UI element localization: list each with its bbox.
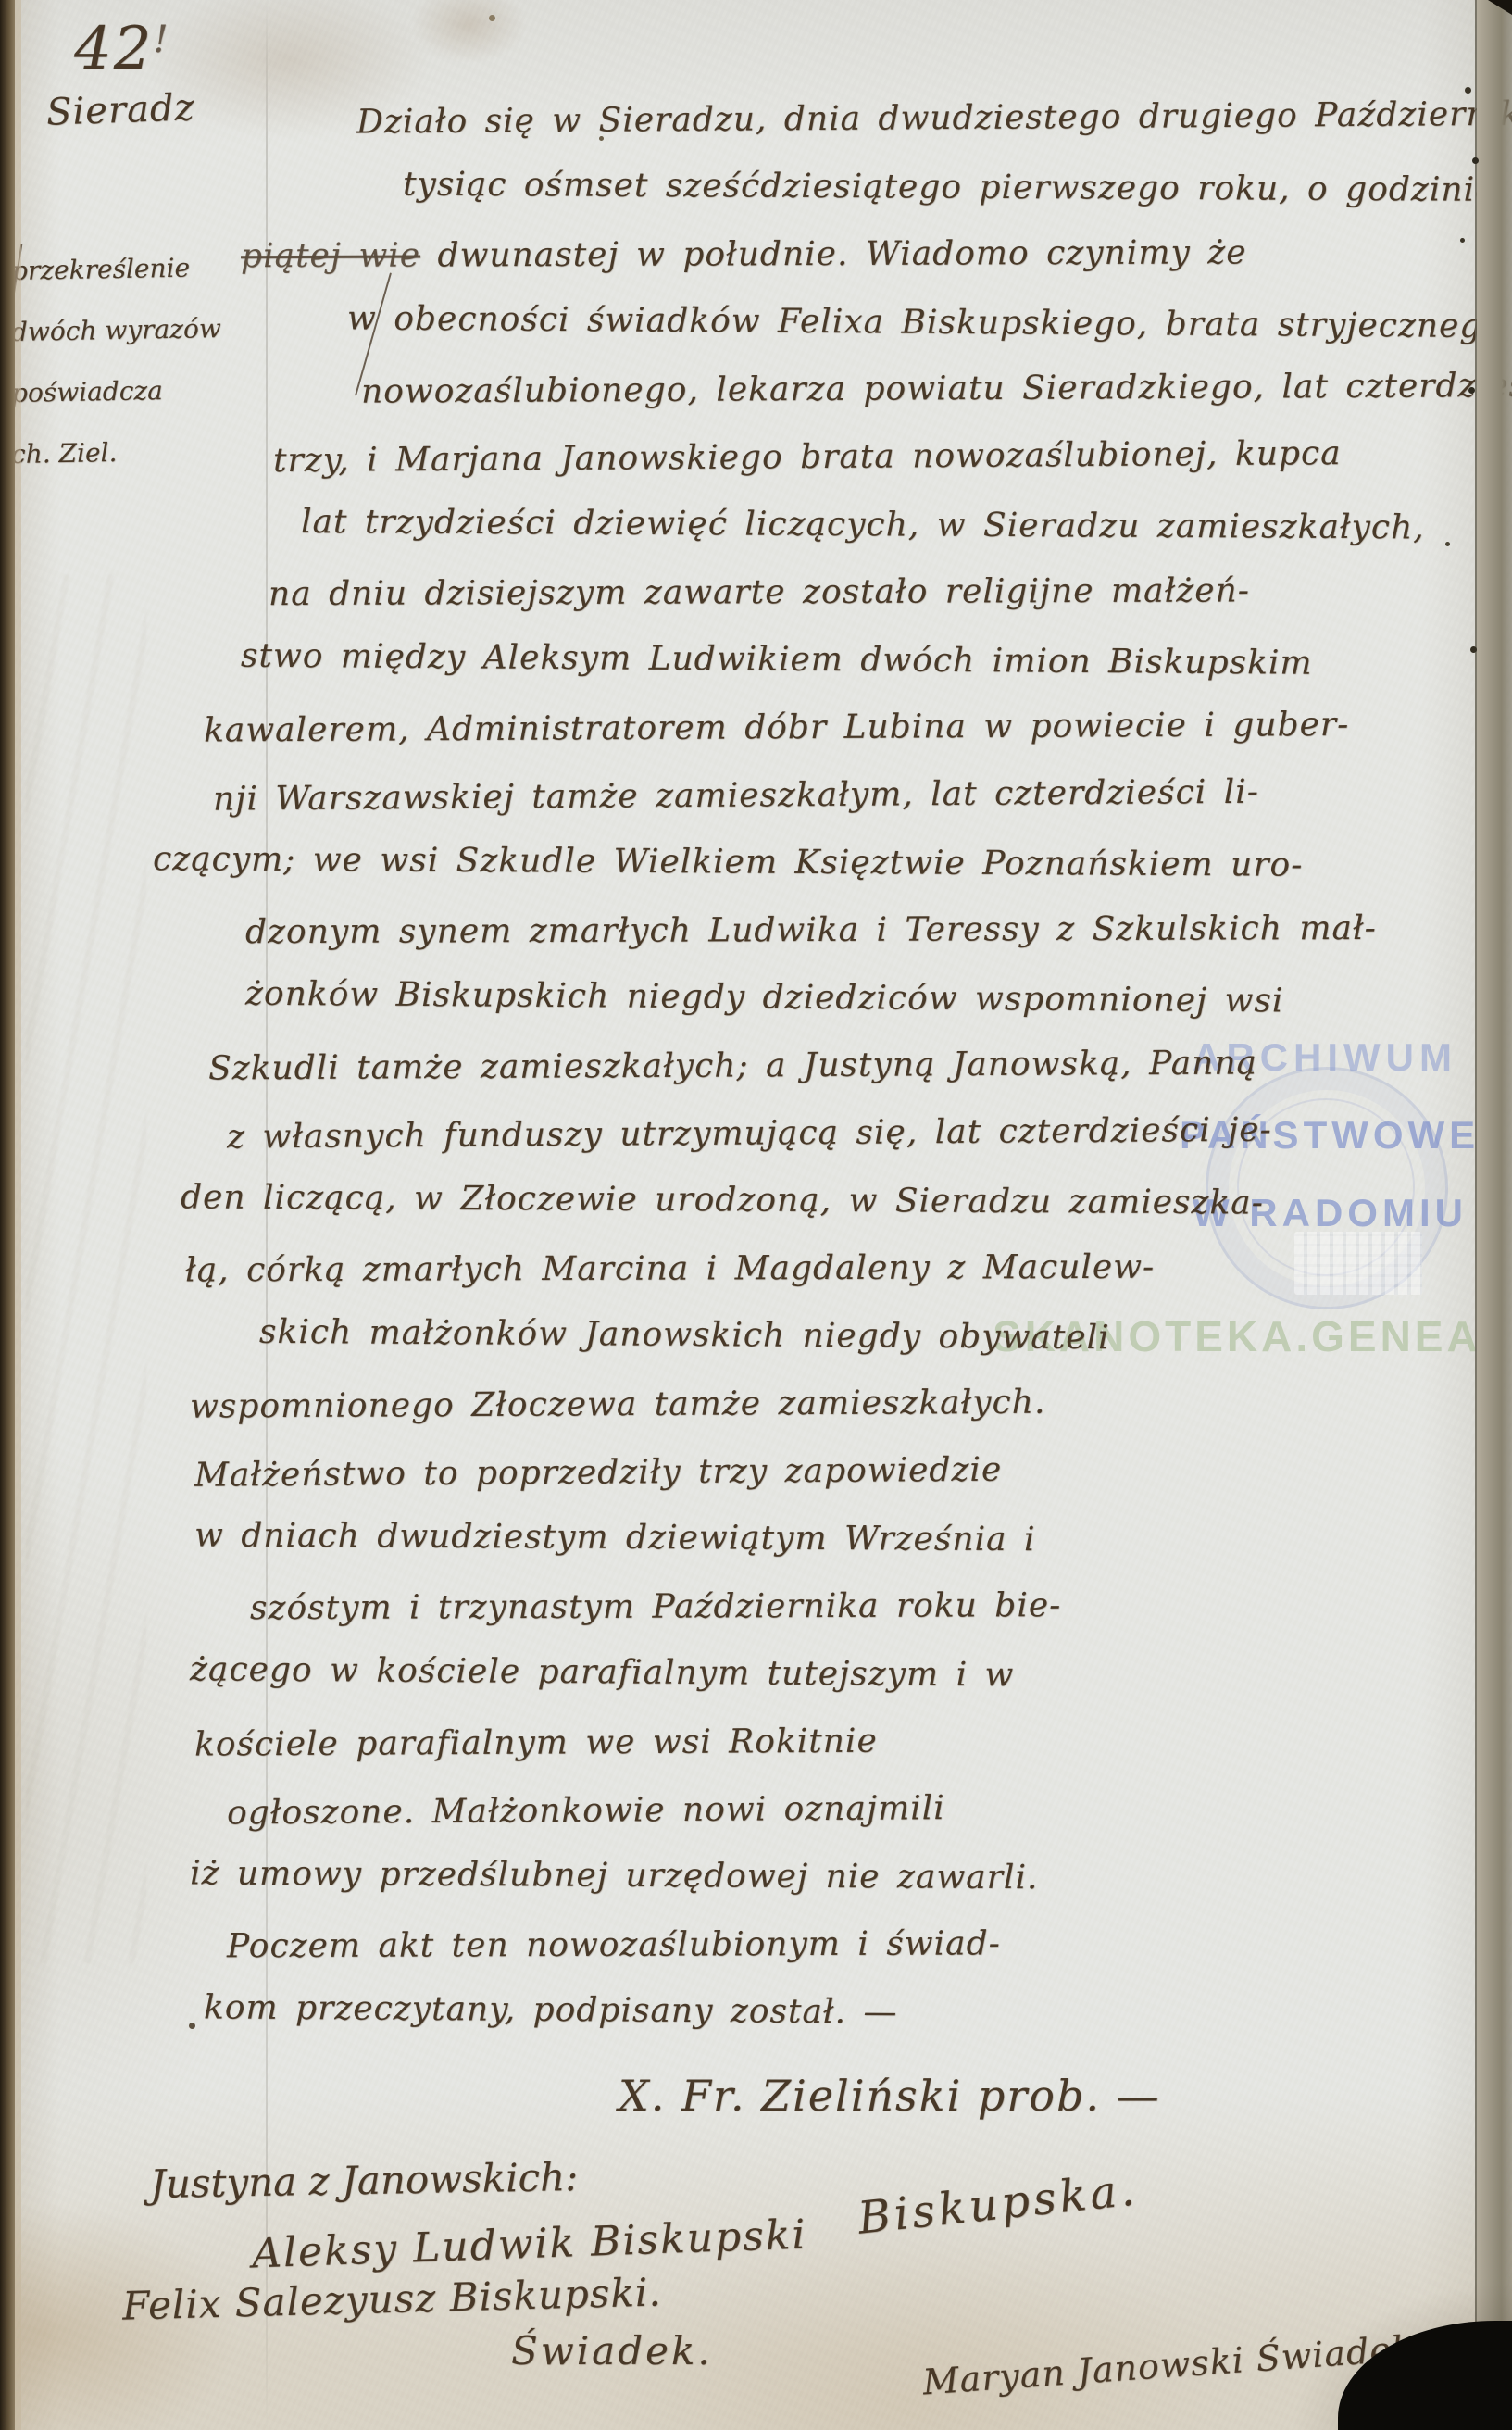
manuscript-body: Działo się w Sieradzu, dnia dwudziestego… [139, 85, 1505, 2046]
manuscript-line: lat trzydzieści dziewięć liczących, w Si… [139, 487, 1505, 562]
ink-bleed-through [26, 574, 146, 1963]
witness-label: Świadek. [511, 2328, 713, 2374]
manuscript-line: żącego w kościele parafialnym tutejszym … [139, 1635, 1505, 1712]
manuscript-line: żonków Biskupskich niegdy dziedziców wsp… [139, 959, 1505, 1036]
manuscript-line-text: łą, córką zmarłych Marcina i Magdaleny z… [185, 1248, 1155, 1290]
crossed-out-text: piątej wie [241, 237, 420, 276]
book-binding-highlight [15, 0, 21, 2430]
manuscript-line-text: ogłoszone. Małżonkowie nowi oznajmili [227, 1789, 945, 1832]
manuscript-line: szóstym i trzynastym Października roku b… [139, 1570, 1505, 1642]
witness-1-signature: Felix Salezyusz Biskupski. [121, 2269, 662, 2328]
top-right-dark-corner [1488, 0, 1512, 15]
manuscript-line-text: kawalerem, Administratorem dóbr Lubina w… [204, 706, 1349, 749]
manuscript-line-text: kościele parafialnym we wsi Rokitnie [194, 1722, 878, 1764]
manuscript-line: iż umowy przedślubnej urzędowej nie zawa… [139, 1839, 1505, 1914]
manuscript-line-text: Działo się w Sieradzu, dnia dwudziestego… [356, 95, 1512, 142]
paper-specks [0, 0, 3, 3]
manuscript-line: łą, córką zmarłych Marcina i Magdaleny z… [139, 1232, 1505, 1304]
manuscript-line: Małżeństwo to poprzedziły trzy zapowiedz… [139, 1433, 1505, 1509]
manuscript-line: czącym; we wsi Szkudle Wielkiem Księztwi… [139, 825, 1505, 900]
officiant-signature: X. Fr. Zieliński prob. — [619, 2071, 1161, 2121]
manuscript-page-scan: ARCHIWUM PAŃSTWOWE W RADOMIU SKANOTEKA.G… [0, 0, 1512, 2430]
manuscript-line-text: Poczem akt ten nowozaślubionym i świad- [227, 1924, 1001, 1965]
manuscript-line: piątej wie dwunastej w południe. Wiadomo… [139, 218, 1505, 290]
manuscript-line-text: den liczącą, w Złoczewie urodzoną, w Sie… [181, 1178, 1264, 1221]
bride-signature-surname: Biskupska. [856, 2163, 1141, 2244]
manuscript-line-text: na dniu dzisiejszym zawarte zostało reli… [269, 571, 1250, 613]
manuscript-line-text: nji Warszawskiej tamże zamieszkałym, lat… [213, 773, 1259, 819]
bride-signature-given-names: Justyna z Janowskich: [150, 2154, 579, 2207]
manuscript-line-text: dzonym synem zmarłych Ludwika i Teressy … [245, 909, 1377, 951]
manuscript-line-text: żonków Biskupskich niegdy dziedziców wsp… [245, 975, 1284, 1021]
manuscript-line: Działo się w Sieradzu, dnia dwudziestego… [139, 81, 1505, 157]
manuscript-line: w obecności świadków Felixa Biskupskiego… [139, 283, 1505, 360]
manuscript-line: ogłoszone. Małżonkowie nowi oznajmili [139, 1771, 1505, 1848]
manuscript-line-text: żącego w kościele parafialnym tutejszym … [190, 1650, 1015, 1694]
groom-signature: Aleksy Ludwik Biskupski [251, 2211, 807, 2278]
manuscript-line: kom przeczytany, podpisany został. — [139, 1973, 1505, 2050]
manuscript-line-text: w dniach dwudziestym dziewiątym Września… [194, 1516, 1036, 1559]
manuscript-line: w dniach dwudziestym dziewiątym Września… [139, 1501, 1505, 1576]
manuscript-line-text: Szkudli tamże zamieszkałych; a Justyną J… [208, 1045, 1257, 1088]
manuscript-line-text: czącym; we wsi Szkudle Wielkiem Księztwi… [153, 840, 1304, 884]
manuscript-line: trzy, i Marjana Janowskiego brata nowoza… [139, 419, 1505, 495]
manuscript-line: Szkudli tamże zamieszkałych; a Justyną J… [139, 1028, 1505, 1103]
manuscript-line-text: nowozaślubionego, lekarza powiatu Sierad… [361, 367, 1512, 411]
manuscript-line-text: wspomnionego Złoczewa tamże zamieszkałyc… [190, 1384, 1046, 1426]
record-number: 42! [74, 15, 170, 83]
book-binding-edge [0, 0, 15, 2430]
manuscript-line: z własnych funduszy utrzymującą się, lat… [139, 1095, 1505, 1171]
manuscript-line-text: skich małżonków Janowskich niegdy obywat… [259, 1313, 1110, 1357]
manuscript-line: nji Warszawskiej tamże zamieszkałym, lat… [139, 757, 1505, 833]
manuscript-line-text: kom przeczytany, podpisany został. — [204, 1988, 898, 2031]
manuscript-line: wspomnionego Złoczewa tamże zamieszkałyc… [139, 1366, 1505, 1441]
manuscript-line-text: iż umowy przedślubnej urzędowej nie zawa… [190, 1854, 1039, 1897]
manuscript-line: stwo między Aleksym Ludwikiem dwóch imio… [139, 621, 1505, 698]
record-number-value: 42 [74, 15, 153, 83]
manuscript-line-text: trzy, i Marjana Janowskiego brata nowoza… [273, 434, 1342, 480]
record-number-flourish: ! [153, 19, 169, 61]
manuscript-line-text: w obecności świadków Felixa Biskupskiego… [347, 299, 1503, 345]
manuscript-line: na dniu dzisiejszym zawarte zostało reli… [139, 556, 1505, 628]
manuscript-line: kościele parafialnym we wsi Rokitnie [139, 1704, 1505, 1779]
manuscript-line-text: Małżeństwo to poprzedziły trzy zapowiedz… [194, 1451, 1002, 1495]
manuscript-line-text: stwo między Aleksym Ludwikiem dwóch imio… [241, 637, 1313, 683]
manuscript-line: kawalerem, Administratorem dóbr Lubina w… [139, 690, 1505, 765]
manuscript-line: nowozaślubionego, lekarza powiatu Sierad… [139, 352, 1505, 427]
manuscript-line-text: z własnych funduszy utrzymującą się, lat… [227, 1111, 1272, 1157]
manuscript-line-text: dwunastej w południe. Wiadomo czynimy że [437, 233, 1246, 274]
page-right-edge [1475, 0, 1512, 2430]
manuscript-line: den liczącą, w Złoczewie urodzoną, w Sie… [139, 1163, 1505, 1238]
manuscript-line: Poczem akt ten nowozaślubionym i świad- [139, 1908, 1505, 1980]
manuscript-line-text: lat trzydzieści dziewięć liczących, w Si… [301, 503, 1425, 546]
manuscript-line: dzonym synem zmarłych Ludwika i Teressy … [139, 894, 1505, 966]
manuscript-line: skich małżonków Janowskich niegdy obywat… [139, 1297, 1505, 1374]
manuscript-line-text: szóstym i trzynastym Października roku b… [250, 1586, 1061, 1627]
manuscript-line-text: tysiąc ośmset sześćdziesiątego pierwszeg… [403, 166, 1496, 209]
manuscript-line: tysiąc ośmset sześćdziesiątego pierwszeg… [139, 149, 1505, 224]
